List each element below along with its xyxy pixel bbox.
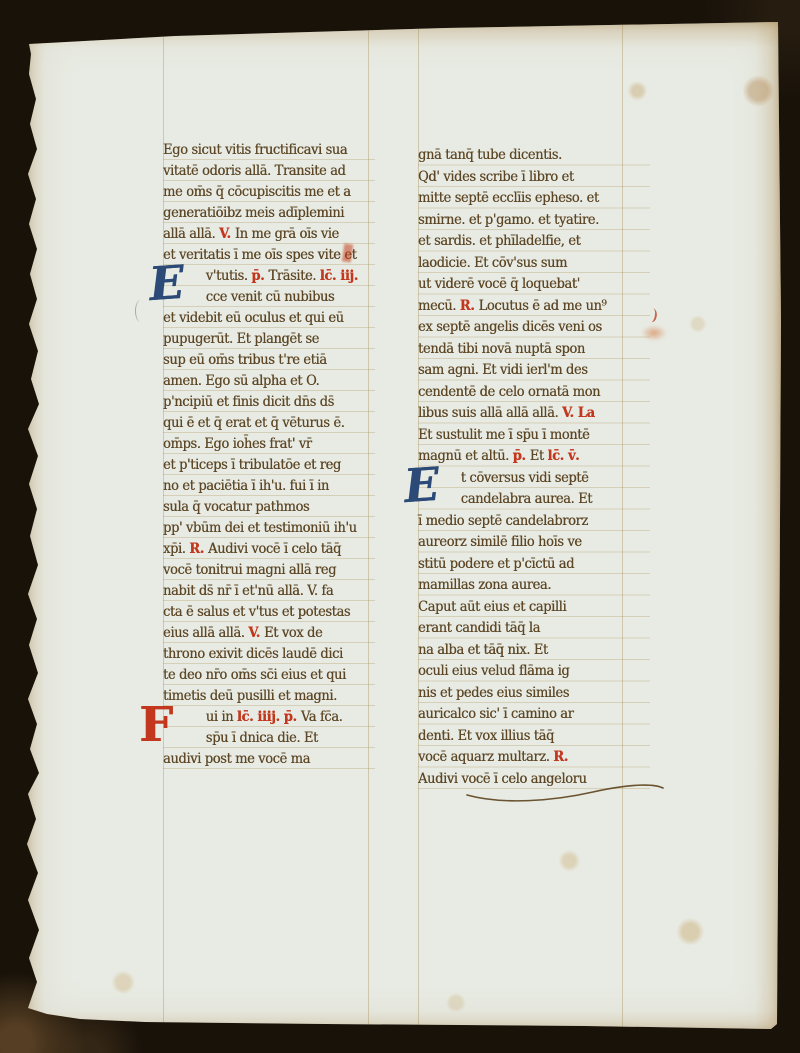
text-line: mitte septē ecclīis epheso. et [418, 188, 634, 210]
text-line: throno exivit dicēs laudē dici [163, 644, 360, 665]
body-text: Trāsite. [268, 268, 319, 284]
body-text: p'ncipiū et finis dicit dn̄s ds̄ [163, 394, 334, 410]
body-text: cta ē salus et v'tus et potestas [163, 604, 350, 620]
text-column-left: Ego sicut vitis fructificavi suavitatē o… [163, 140, 375, 772]
text-line: me om̄s q̄ cōcupiscitis me et a [163, 182, 360, 203]
illuminated-initial-e: E [147, 259, 185, 307]
body-text: pupugerūt. Et plangēt se [163, 331, 319, 347]
text-line: sup eū om̄s tribus t're etiā [163, 350, 360, 371]
body-text: vocē aquarz multarz. [418, 749, 553, 765]
text-line: Ego sicut vitis fructificavi sua [163, 140, 360, 161]
rubric-text: V. [219, 226, 235, 242]
text-line: stitū podere et p'cīctū ad [418, 554, 634, 576]
rubric-text: R. [460, 298, 479, 314]
manuscript-leaf: Ego sicut vitis fructificavi suavitatē o… [25, 20, 781, 1033]
body-text: amen. Ego sū alpha et O. [163, 373, 319, 389]
text-line: libus suis allā allā allā. V. La [418, 403, 634, 425]
text-line: gnā tanq̄ tube dicentis. [418, 145, 634, 167]
text-line: ui in lc̄. iiij. p̄. Va fc̄a. [163, 707, 360, 728]
text-line: no et paciētia ī ih'u. fui ī in [163, 476, 360, 497]
body-text: aureorz similē filio hoīs ve [418, 534, 582, 550]
photo-backdrop: Ego sicut vitis fructificavi suavitatē o… [0, 0, 800, 1053]
body-text: Et [530, 448, 548, 464]
body-text: allā allā. [163, 226, 219, 242]
rubric-text: V. [248, 625, 264, 641]
body-text: et veritatis ī me oīs spes vite et [163, 247, 356, 263]
body-text: In me grā oīs vie [235, 226, 339, 242]
body-text: cce venit cū nubibus [206, 289, 334, 305]
text-line: aureorz similē filio hoīs ve [418, 532, 634, 554]
text-line: amen. Ego sū alpha et O. [163, 371, 360, 392]
text-line: et videbit eū oculus et qui eū [163, 308, 360, 329]
text-line: nabit ds̄ nr̄ ī et'nū allā. V. fa [163, 581, 360, 602]
body-text: timetis deū pusilli et magni. [163, 688, 337, 704]
text-line: candelabra aurea. Et [418, 489, 634, 511]
text-line: oculi eius velud flāma ig [418, 661, 634, 683]
text-line: allā allā. V. In me grā oīs vie [163, 224, 360, 245]
text-line: sam agni. Et vidi ierl'm des [418, 360, 634, 382]
text-line: erant candidi tāq̄ la [418, 618, 634, 640]
rubric-text: lc̄. v̄. [548, 448, 580, 464]
body-text: audivi post me vocē ma [163, 751, 310, 767]
text-line: Et sustulit me ī sp̄u ī montē [418, 425, 634, 447]
body-text: Caput aūt eius et capilli [418, 599, 566, 615]
body-text: qui ē et q̄ erat et q̄ vēturus ē. [163, 415, 344, 431]
body-text: sp̄u ī dnica die. Et [206, 730, 318, 746]
body-text: et videbit eū oculus et qui eū [163, 310, 344, 326]
text-line: cendentē de celo ornatā mon [418, 382, 634, 404]
text-line: v'tutis. p̄. Trāsite. lc̄. iij. [163, 266, 360, 287]
text-line: audivi post me vocē ma [163, 749, 360, 770]
text-line: et veritatis ī me oīs spes vite et [163, 245, 360, 266]
text-line: et sardis. et phīladelfie, et [418, 231, 634, 253]
text-line: mecū. R. Locutus ē ad me un⁹ [418, 296, 634, 318]
text-line: timetis deū pusilli et magni. [163, 686, 360, 707]
body-text: denti. Et vox illius tāq̄ [418, 728, 554, 744]
text-column-right: gnā tanq̄ tube dicentis.Qd' vides scribe… [418, 145, 650, 793]
text-line: ī medio septē candelabrorz [418, 511, 634, 533]
body-text: ī medio septē candelabrorz [418, 513, 588, 529]
body-text: laodicie. Et cōv'sus sum [418, 255, 567, 271]
rubric-text: V. La [562, 405, 595, 421]
body-text: vitatē odoris allā. Transite ad [163, 163, 345, 179]
body-text: no et paciētia ī ih'u. fui ī in [163, 478, 329, 494]
text-line: vocē aquarz multarz. R. [418, 747, 634, 769]
body-text: Et vox de [264, 625, 322, 641]
body-text: Et sustulit me ī sp̄u ī montē [418, 427, 589, 443]
text-line: t cōversus vidi septē [418, 468, 634, 490]
body-text: Va fc̄a. [301, 709, 343, 725]
body-text: xp̄i. [163, 541, 189, 557]
text-line: auricalco sic' ī camino ar [418, 704, 634, 726]
body-text: erant candidi tāq̄ la [418, 620, 540, 636]
rubric-text: lc̄. iij. [320, 268, 358, 284]
text-line: ut viderē vocē q̄ loquebat' [418, 274, 634, 296]
body-text: Audivi vocē ī celo tāq̄ [208, 541, 341, 557]
body-text: mitte septē ecclīis epheso. et [418, 190, 599, 206]
body-text: et sardis. et phīladelfie, et [418, 233, 580, 249]
text-line: nis et pedes eius similes [418, 683, 634, 705]
text-line: Caput aūt eius et capilli [418, 597, 634, 619]
body-text: nis et pedes eius similes [418, 685, 569, 701]
body-text: t cōversus vidi septē [461, 470, 589, 486]
illuminated-initial-e: E [402, 460, 440, 508]
body-text: ui in [206, 709, 237, 725]
pen-flourish [463, 783, 668, 805]
body-text: cendentē de celo ornatā mon [418, 384, 600, 400]
body-text: sam agni. Et vidi ierl'm des [418, 362, 588, 378]
body-text: Qd' vides scribe ī libro et [418, 169, 574, 185]
text-line: eius allā allā. V. Et vox de [163, 623, 360, 644]
body-text: om̄ps. Ego ioh̄es frat' vr̄ [163, 436, 312, 452]
body-text: Locutus ē ad me un⁹ [479, 298, 607, 314]
text-line: vitatē odoris allā. Transite ad [163, 161, 360, 182]
rubric-text: R. [189, 541, 208, 557]
text-line: pupugerūt. Et plangēt se [163, 329, 360, 350]
pencil-mark [135, 300, 146, 322]
text-line: pp' vbūm dei et testimoniū ih'u [163, 518, 360, 539]
body-text: v'tutis. [206, 268, 252, 284]
body-text: ex septē angelis dicēs veni os [418, 319, 602, 335]
body-text: sup eū om̄s tribus t're etiā [163, 352, 327, 368]
rubric-text: lc̄. iiij. p̄. [237, 709, 301, 725]
text-line: Qd' vides scribe ī libro et [418, 167, 634, 189]
text-line: generatiōibz meis adīplemini [163, 203, 360, 224]
text-line: sula q̄ vocatur pathmos [163, 497, 360, 518]
text-line: magnū et altū. p̄. Et lc̄. v̄. [418, 446, 634, 468]
body-text: auricalco sic' ī camino ar [418, 706, 573, 722]
body-text: tendā tibi novā nuptā spon [418, 341, 585, 357]
text-line: qui ē et q̄ erat et q̄ vēturus ē. [163, 413, 360, 434]
text-line: denti. Et vox illius tāq̄ [418, 726, 634, 748]
text-line: vocē tonitrui magni allā reg [163, 560, 360, 581]
text-line: et p'ticeps ī tribulatōe et reg [163, 455, 360, 476]
body-text: smirne. et p'gamo. et tyatire. [418, 212, 599, 228]
text-line: om̄ps. Ego ioh̄es frat' vr̄ [163, 434, 360, 455]
body-text: stitū podere et p'cīctū ad [418, 556, 574, 572]
body-text: Ego sicut vitis fructificavi sua [163, 142, 347, 158]
rubric-text: p̄. [251, 268, 268, 284]
body-text: sula q̄ vocatur pathmos [163, 499, 309, 515]
body-text: me om̄s q̄ cōcupiscitis me et a [163, 184, 351, 200]
red-ink-smudge [641, 325, 667, 341]
text-line: p'ncipiū et finis dicit dn̄s ds̄ [163, 392, 360, 413]
text-line: laodicie. Et cōv'sus sum [418, 253, 634, 275]
body-text: ut viderē vocē q̄ loquebat' [418, 276, 580, 292]
text-line: te deo nr̄o om̄s sc̄i eius et qui [163, 665, 360, 686]
text-line: sp̄u ī dnica die. Et [163, 728, 360, 749]
body-text: vocē tonitrui magni allā reg [163, 562, 336, 578]
body-text: gnā tanq̄ tube dicentis. [418, 147, 562, 163]
body-text: te deo nr̄o om̄s sc̄i eius et qui [163, 667, 346, 683]
body-text: eius allā allā. [163, 625, 248, 641]
body-text: throno exivit dicēs laudē dici [163, 646, 343, 662]
rubric-text: p̄. [513, 448, 530, 464]
text-line: smirne. et p'gamo. et tyatire. [418, 210, 634, 232]
red-ink-smudge [645, 307, 658, 323]
body-text: mecū. [418, 298, 460, 314]
body-text: pp' vbūm dei et testimoniū ih'u [163, 520, 357, 536]
text-line: ex septē angelis dicēs veni os [418, 317, 634, 339]
text-line: na alba et tāq̄ nix. Et [418, 640, 634, 662]
rubric-text: R. [553, 749, 568, 765]
illuminated-initial-f: F [139, 701, 173, 749]
body-text: nabit ds̄ nr̄ ī et'nū allā. V. fa [163, 583, 333, 599]
text-line: mamillas zona aurea. [418, 575, 634, 597]
body-text: oculi eius velud flāma ig [418, 663, 569, 679]
body-text: et p'ticeps ī tribulatōe et reg [163, 457, 341, 473]
body-text: mamillas zona aurea. [418, 577, 551, 593]
text-line: cce venit cū nubibus [163, 287, 360, 308]
body-text: generatiōibz meis adīplemini [163, 205, 344, 221]
text-line: tendā tibi novā nuptā spon [418, 339, 634, 361]
text-line: xp̄i. R. Audivi vocē ī celo tāq̄ [163, 539, 360, 560]
text-line: cta ē salus et v'tus et potestas [163, 602, 360, 623]
body-text: libus suis allā allā allā. [418, 405, 562, 421]
body-text: na alba et tāq̄ nix. Et [418, 642, 548, 658]
body-text: candelabra aurea. Et [461, 491, 592, 507]
